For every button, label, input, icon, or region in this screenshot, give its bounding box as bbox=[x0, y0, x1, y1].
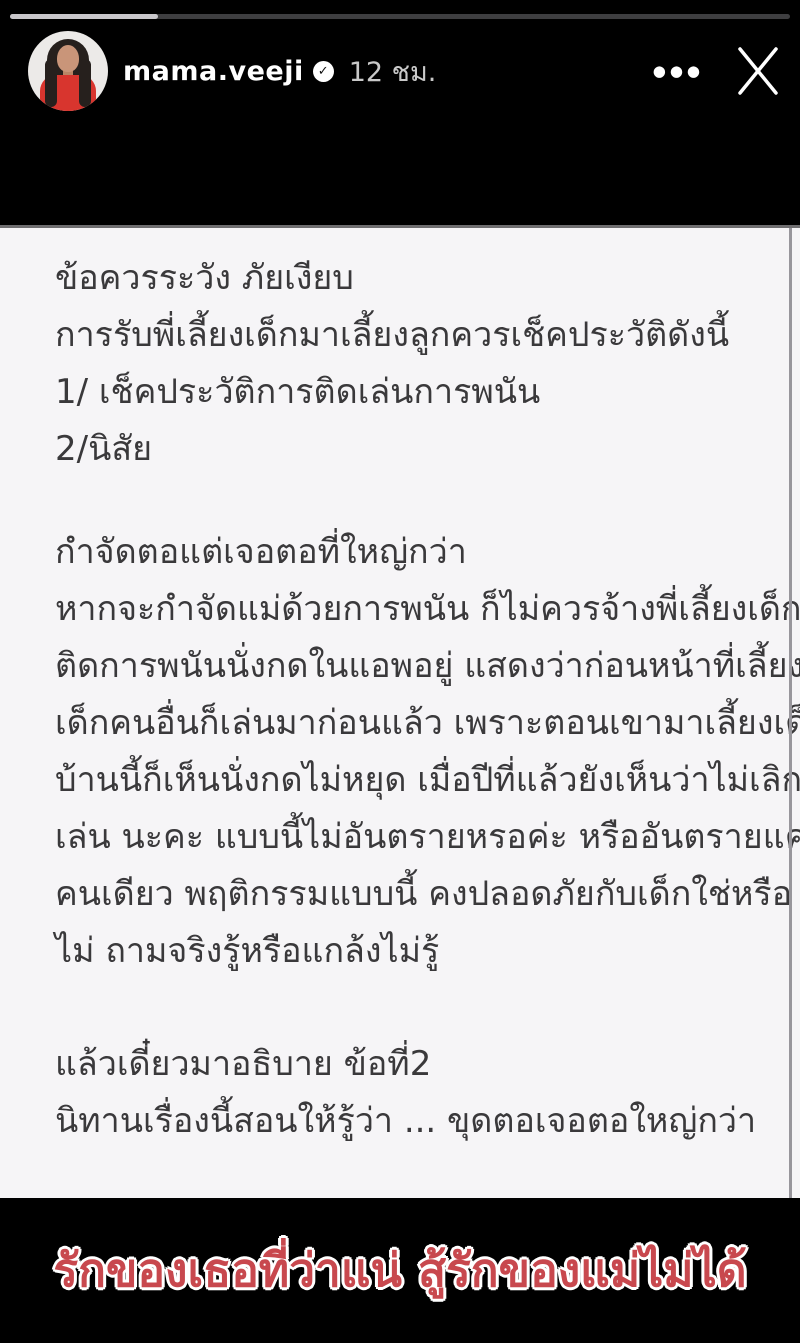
story-progress-fill bbox=[10, 14, 158, 19]
caption-text: รักของเธอที่ว่าแน่ สู้รักของแม่ไม่ได้ bbox=[53, 1234, 746, 1307]
avatar-hair-right bbox=[79, 59, 91, 107]
verified-badge-icon: ✓ bbox=[313, 61, 334, 82]
text-line: ข้อควรระวัง ภัยเงียบ bbox=[55, 250, 754, 307]
text-line: 2/นิสัย bbox=[55, 421, 754, 478]
text-line: กำจัดตอแต่เจอตอที่ใหญ่กว่า bbox=[55, 524, 754, 581]
text-line: เล่น นะคะ แบบนี้ไม่อันตรายหรอค่ะ หรืออัน… bbox=[55, 809, 754, 866]
paragraph-moral: แล้วเดี๋ยวมาอธิบาย ข้อที่2นิทานเรื่องนี้… bbox=[55, 1036, 754, 1150]
text-line: แล้วเดี๋ยวมาอธิบาย ข้อที่2 bbox=[55, 1036, 754, 1093]
text-line: ไม่ ถามจริงรู้หรือแกล้งไม่รู้ bbox=[55, 923, 754, 980]
story-text-block: ข้อควรระวัง ภัยเงียบการรับพี่เลี้ยงเด็กม… bbox=[0, 228, 800, 1150]
story-progress-bar bbox=[10, 14, 790, 19]
more-options-icon[interactable]: ●●● bbox=[649, 52, 708, 90]
story-header: mama.veeji ✓ 12 ชม. ●●● bbox=[28, 28, 782, 114]
avatar-hair-left bbox=[45, 59, 57, 107]
text-line: ติดการพนันนั่งกดในแอพอยู่ แสดงว่าก่อนหน้… bbox=[55, 638, 754, 695]
instagram-story-viewer: mama.veeji ✓ 12 ชม. ●●● ข้อควรระวัง ภัยเ… bbox=[0, 0, 800, 1343]
text-line: เด็กคนอื่นก็เล่นมาก่อนแล้ว เพราะตอนเขามา… bbox=[55, 695, 754, 752]
story-timestamp: 12 ชม. bbox=[349, 50, 437, 93]
text-line: หากจะกำจัดแม่ด้วยการพนัน ก็ไม่ควรจ้างพี่… bbox=[55, 581, 754, 638]
close-icon[interactable] bbox=[734, 43, 782, 99]
caption-banner: รักของเธอที่ว่าแน่ สู้รักของแม่ไม่ได้ bbox=[0, 1198, 800, 1343]
avatar-face bbox=[57, 45, 79, 72]
paragraph-checklist: ข้อควรระวัง ภัยเงียบการรับพี่เลี้ยงเด็กม… bbox=[55, 250, 754, 478]
text-line: คนเดียว พฤติกรรมแบบนี้ คงปลอดภัยกับเด็กใ… bbox=[55, 866, 754, 923]
paragraph-story: กำจัดตอแต่เจอตอที่ใหญ่กว่าหากจะกำจัดแม่ด… bbox=[55, 524, 754, 980]
username[interactable]: mama.veeji bbox=[123, 56, 304, 87]
text-line: บ้านนี้ก็เห็นนั่งกดไม่หยุด เมื่อปีที่แล้… bbox=[55, 752, 754, 809]
story-media-card[interactable]: ข้อควรระวัง ภัยเงียบการรับพี่เลี้ยงเด็กม… bbox=[0, 225, 800, 1198]
text-line: 1/ เช็คประวัติการติดเล่นการพนัน bbox=[55, 364, 754, 421]
avatar[interactable] bbox=[28, 31, 108, 111]
text-line: นิทานเรื่องนี้สอนให้รู้ว่า ... ขุดตอเจอต… bbox=[55, 1093, 754, 1150]
close-icon-glyph bbox=[734, 43, 782, 99]
text-line: การรับพี่เลี้ยงเด็กมาเลี้ยงลูกควรเช็คประ… bbox=[55, 307, 754, 364]
card-right-edge-line bbox=[789, 228, 792, 1198]
